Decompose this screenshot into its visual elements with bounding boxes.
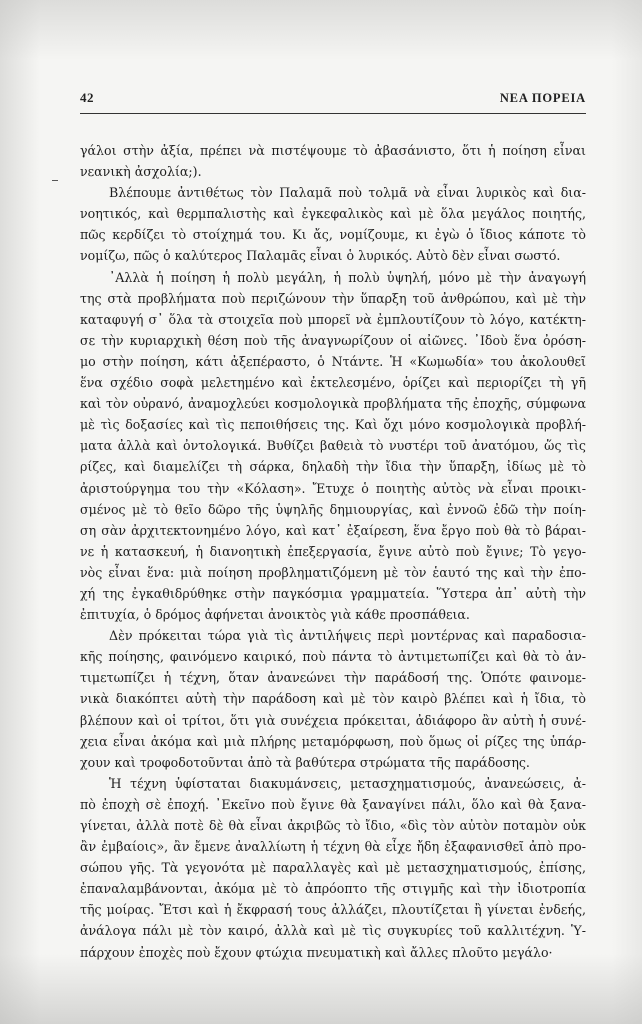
text-line: χή της ἐγκαθιδρύθηκε στὴν παγκόσμια γραμ… [80, 583, 586, 604]
margin-mark [52, 180, 58, 181]
text-line: χεια εἶναι ἀκόμα καὶ μιὰ πλήρης μεταμόρφ… [80, 731, 586, 752]
text-line: ἀριστούργημα του τὴν «Κόλαση». Ἔτυχε ὁ π… [80, 478, 586, 499]
text-line: νοητικός, καὶ θερμπαλιστὴς καὶ ἐγκεφαλικ… [80, 203, 586, 224]
text-line: ἐπαναλαμβάνονται, ἀκόμα μὲ τὸ ἀπρόοπτο τ… [80, 878, 586, 899]
paragraph: ᾿Αλλὰ ἡ ποίηση ἡ πολὺ μεγάλη, ἡ πολὺ ὑψη… [80, 267, 586, 626]
text-line: ἂν ἐμβαίοις», ἂν ἔμενε ἀναλλίωτη ἡ τέχνη… [80, 836, 586, 857]
text-line: Ἡ τέχνη ὑφίσταται διακυμάνσεις, μετασχημ… [80, 773, 586, 794]
text-line: νικὰ διακόπτει αὐτὴ τὴν παράδοση καὶ μὲ … [80, 688, 586, 709]
text-line: σώπου γῆς. Τὰ γεγονότα μὲ παραλλαγὲς καὶ… [80, 857, 586, 878]
paragraph: γάλοι στὴν ἀξία, πρέπει νὰ πιστέψουμε τὸ… [80, 140, 586, 182]
scanned-page: 42 ΝΕΑ ΠΟΡΕΙΑ γάλοι στὴν ἀξία, πρέπει νὰ… [0, 0, 642, 1024]
text-line: τῆς μοίρας. Ἔτσι καὶ ἡ ἔκφρασή τους ἀλλά… [80, 899, 586, 920]
text-line: χουν καὶ τροφοδοτοῦνται ἀπὸ τὰ βαθύτερα … [80, 752, 586, 773]
text-line: καταφυγή σ᾿ ὅλα τὰ στοιχεῖα ποὺ μπορεῖ ν… [80, 309, 586, 330]
text-line: σε τὴν κυριαρχικὴ θέση ποὺ τῆς ἀναγνωρίζ… [80, 330, 586, 351]
text-line: νε ἡ κατασκευή, ἡ διανοητικὴ ἐπεξεργασία… [80, 541, 586, 562]
text-line: Βλέπουμε ἀντιθέτως τὸν Παλαμᾶ ποὺ τολμᾶ … [80, 182, 586, 203]
paragraph: Δὲν πρόκειται τώρα γιὰ τὶς ἀντιλήψεις πε… [80, 625, 586, 773]
page-number: 42 [80, 90, 94, 106]
text-line: ἕνα σχέδιο σοφὰ μελετημένο καὶ ἐκτελεσμέ… [80, 372, 586, 393]
paragraph: Ἡ τέχνη ὑφίσταται διακυμάνσεις, μετασχημ… [80, 773, 586, 963]
text-line: Δὲν πρόκειται τώρα γιὰ τὶς ἀντιλήψεις πε… [80, 625, 586, 646]
page-header: 42 ΝΕΑ ΠΟΡΕΙΑ [80, 90, 586, 106]
text-line: μο στὴν ποίηση, κάτι ἀξεπέραστο, ὁ Ντάντ… [80, 351, 586, 372]
text-line: καὶ τὸν οὐρανό, ἀναμοχλεύει κοσμολογικὰ … [80, 393, 586, 414]
text-line: νομίζω, πῶς ὁ καλύτερος Παλαμᾶς εἶναι ὁ … [80, 245, 586, 266]
running-title: ΝΕΑ ΠΟΡΕΙΑ [500, 91, 586, 106]
text-line: γάλοι στὴν ἀξία, πρέπει νὰ πιστέψουμε τὸ… [80, 140, 586, 161]
text-line: κῆς ποίησης, φαινόμενο καιρικό, ποὺ πάντ… [80, 646, 586, 667]
text-line: ἐπιτυχία, ὁ δρόμος ἀφήνεται ἀνοικτὸς γιὰ… [80, 604, 586, 625]
text-line: νεανικὴ ἀσχολία;). [80, 161, 586, 182]
text-line: της στὰ προβλήματα ποὺ περιζώνουν τὴν ὕπ… [80, 288, 586, 309]
text-line: πάρχουν ἐποχὲς ποὺ ἔχουν φτώχια πνευματι… [80, 942, 586, 963]
text-line: γίνεται, ἀλλὰ ποτὲ δὲ θὰ εἶναι ἀκριβῶς τ… [80, 815, 586, 836]
text-line: μὲ τὶς δοξασίες καὶ τὶς πεποιθήσεις της.… [80, 414, 586, 435]
paragraph: Βλέπουμε ἀντιθέτως τὸν Παλαμᾶ ποὺ τολμᾶ … [80, 182, 586, 266]
header-rule [80, 113, 586, 114]
text-line: σμένος μὲ τὸ θεῖο δῶρο τῆς ὑψηλῆς δημιου… [80, 499, 586, 520]
text-line: ση σὰν ἀρχιτεκτονημένο λόγο, καὶ κατ᾿ ἐξ… [80, 520, 586, 541]
text-line: νὸς εἶναι ἕνα: μιὰ ποίηση προβληματιζόμε… [80, 562, 586, 583]
body-text: γάλοι στὴν ἀξία, πρέπει νὰ πιστέψουμε τὸ… [80, 140, 586, 963]
text-line: ἀνάλογα πάλι μὲ τὸν καιρό, ἀλλὰ καὶ μὲ τ… [80, 920, 586, 941]
text-line: πὸ ἐποχὴ σὲ ἐποχή. ᾿Εκεῖνο ποὺ ἔγινε θὰ … [80, 794, 586, 815]
text-line: ρίζες, καὶ διαμελίζει τὴ σάρκα, δηλαδὴ τ… [80, 456, 586, 477]
text-line: πῶς κερδίζει τὸ στοίχημά του. Κι ἄς, νομ… [80, 224, 586, 245]
text-line: ᾿Αλλὰ ἡ ποίηση ἡ πολὺ μεγάλη, ἡ πολὺ ὑψη… [80, 267, 586, 288]
text-line: ματα ἀλλὰ καὶ ὀντολογικά. Βυθίζει βαθειὰ… [80, 435, 586, 456]
text-line: βλέπουν καὶ οἱ τρίτοι, ὅτι γιὰ συνέχεια … [80, 710, 586, 731]
text-line: τιμετωπίζει ἡ τέχνη, ὅταν ἀνανεώνει τὴν … [80, 667, 586, 688]
